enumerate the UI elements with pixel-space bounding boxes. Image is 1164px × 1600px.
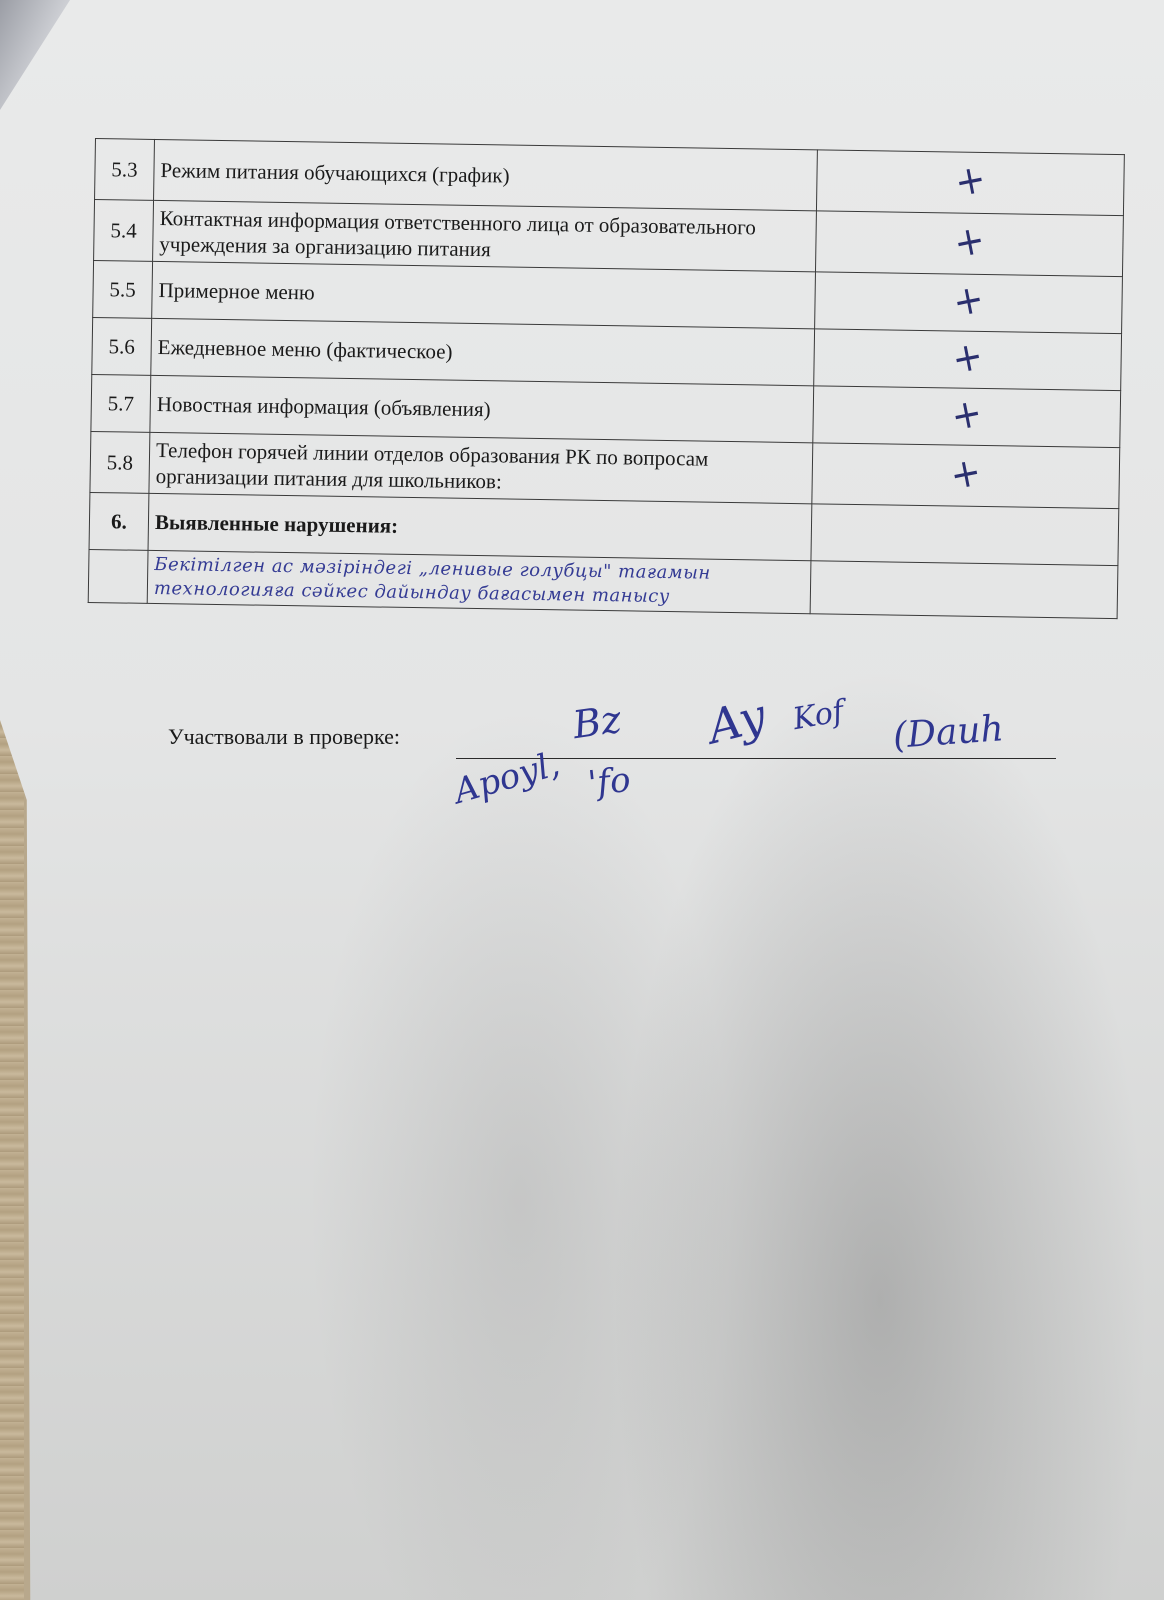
signature: (Dauh xyxy=(892,708,1005,757)
plus-mark-icon: + xyxy=(951,283,987,321)
participants-label: Участвовали в проверке: xyxy=(168,724,400,750)
row-description: Режим питания обучающихся (график) xyxy=(154,139,818,210)
row-description: Телефон горячей линии отделов образовани… xyxy=(149,432,813,503)
plus-mark-icon: + xyxy=(950,340,986,378)
plus-mark-icon: + xyxy=(952,163,988,201)
row-mark-cell: + xyxy=(816,150,1124,216)
checklist-table: 5.3 Режим питания обучающихся (график) +… xyxy=(88,138,1125,619)
violations-mark-cell xyxy=(811,504,1119,566)
row-description: Контактная информация ответственного лиц… xyxy=(153,200,817,271)
row-number: 5.7 xyxy=(91,374,151,432)
empty-number-cell xyxy=(88,549,148,603)
participants-section: Участвовали в проверке: Bz Ay Kof (Dauh … xyxy=(168,718,1068,838)
violations-handwritten-cell: Бекітілген ас мәзіріндегі „ленивые голуб… xyxy=(147,550,811,613)
plus-mark-icon: + xyxy=(948,456,984,494)
row-number: 5.6 xyxy=(92,317,152,375)
row-description: Новостная информация (объявления) xyxy=(150,375,814,442)
violations-label: Выявленные нарушения: xyxy=(148,493,812,560)
row-description: Ежедневное меню (фактическое) xyxy=(151,318,815,385)
row-number: 5.3 xyxy=(95,139,155,201)
row-description: Примерное меню xyxy=(152,261,816,328)
row-number: 5.5 xyxy=(93,260,153,318)
plus-mark-icon: + xyxy=(951,224,987,262)
row-mark-cell: + xyxy=(815,272,1123,334)
row-mark-cell: + xyxy=(815,211,1123,277)
signature: Kof xyxy=(790,694,846,737)
row-number: 5.8 xyxy=(90,431,150,493)
plus-mark-icon: + xyxy=(949,397,985,435)
empty-mark-cell xyxy=(810,561,1118,619)
row-mark-cell: + xyxy=(812,443,1120,509)
signature: 'fo xyxy=(586,760,632,804)
violations-number: 6. xyxy=(89,492,149,550)
row-number: 5.4 xyxy=(94,200,154,262)
signature: Bz xyxy=(570,697,624,747)
signature: Apoyl, xyxy=(450,744,565,812)
row-mark-cell: + xyxy=(813,386,1121,448)
document-body: 5.3 Режим питания обучающихся (график) +… xyxy=(88,138,1125,619)
row-mark-cell: + xyxy=(814,329,1122,391)
